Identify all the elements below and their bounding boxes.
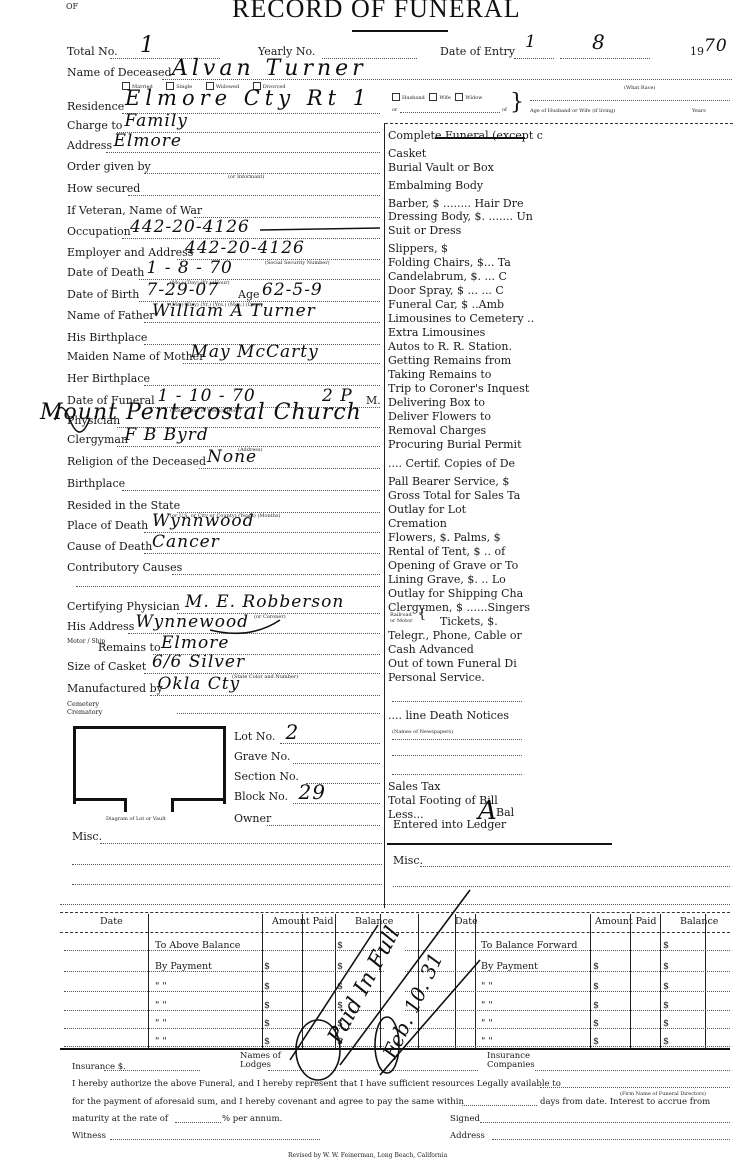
wife-checkbox[interactable]: Wife — [429, 95, 450, 101]
charge-item: Telegr., Phone, Cable or — [388, 629, 522, 642]
charge-item: Flowers, $. Palms, $ — [388, 531, 501, 544]
balance-cell[interactable]: $ — [663, 940, 669, 951]
field-value[interactable]: F B Byrd — [125, 425, 209, 445]
field-value[interactable]: 1 - 8 - 70 — [147, 258, 233, 278]
amount-paid-cell[interactable]: $ — [593, 1018, 599, 1029]
field-label: Birthplace — [67, 477, 125, 490]
charge-item: Casket — [388, 147, 426, 160]
balance-cell[interactable]: $ — [337, 940, 343, 951]
field-label: Clergyman — [67, 433, 128, 446]
charge-item: Extra Limousines — [388, 326, 485, 339]
lot-field-value[interactable]: 29 — [299, 780, 326, 804]
field-value[interactable]: Family — [125, 111, 188, 131]
separator-line — [385, 123, 733, 124]
spouse-options: Husband Wife Widow — [392, 93, 483, 101]
authorization-line-2a: for the payment of aforesaid sum, and I … — [72, 1097, 464, 1107]
residence-label: Residence — [67, 100, 124, 113]
charge-item: Outlay for Shipping Cha — [388, 587, 523, 600]
age-label: Age — [238, 288, 260, 301]
field-label: Place of Death — [67, 519, 148, 532]
field-value[interactable]: May McCarty — [191, 342, 319, 362]
date-of-entry-year-value[interactable]: 70 — [704, 36, 728, 56]
funeral-underline — [435, 137, 525, 139]
lot-diagram — [73, 726, 226, 804]
payment-table-header: Balance — [680, 916, 718, 927]
charge-item: Embalming Body — [388, 179, 483, 192]
name-of-deceased-value[interactable]: Alvan Turner — [172, 56, 367, 81]
charge-item: Door Spray, $ ... ... C — [388, 284, 504, 297]
field-label: Date of Birth — [67, 288, 139, 301]
field-label: Contributory Causes — [67, 561, 182, 574]
amount-paid-cell[interactable]: $ — [593, 981, 599, 992]
charge-item: Lining Grave, $. .. Lo — [388, 573, 506, 586]
charge-item: Slippers, $ — [388, 242, 448, 255]
charge-item: Limousines to Cemetery .. — [388, 312, 534, 325]
date-of-entry-month[interactable]: 1 — [525, 32, 537, 52]
railroad-label: Railroad or Motor — [390, 612, 413, 624]
of-label: of — [502, 107, 507, 113]
field-sublabel: (or Coroner) — [254, 614, 286, 620]
lot-field-value[interactable]: 2 — [286, 720, 300, 744]
charge-item: Folding Chairs, $... Ta — [388, 256, 511, 269]
witness-label: Witness — [72, 1131, 106, 1141]
field-label: Size of Casket — [67, 660, 146, 673]
charge-item: Taking Remains to — [388, 368, 491, 381]
field-value[interactable]: William A Turner — [152, 301, 316, 321]
insurance-companies-label: Insurance Companies — [487, 1052, 535, 1070]
field-sublabel: (State Color and Number) — [232, 674, 298, 680]
brace-icon: } — [510, 90, 524, 115]
charge-item: Removal Charges — [388, 424, 486, 437]
ledger-mark: A — [478, 796, 498, 826]
payment-table-header: Balance — [355, 916, 393, 927]
or-label: or — [392, 107, 397, 113]
field-label: How secured — [67, 182, 140, 195]
field-value[interactable]: Mount Pentecostal Church — [40, 400, 362, 425]
balance-cell[interactable]: $ — [663, 981, 669, 992]
date-of-entry-day[interactable]: 8 — [592, 30, 606, 54]
charge-item: Personal Service. — [388, 671, 485, 684]
what-race-label: (What Race) — [624, 85, 655, 91]
field-value[interactable]: Wynnewood — [136, 612, 250, 632]
balance-cell[interactable]: $ — [663, 1000, 669, 1011]
charge-item: Autos to R. R. Station. — [388, 340, 512, 353]
charge-item: Suit or Dress — [388, 224, 461, 237]
payment-table-header: Date — [100, 916, 123, 927]
age-spouse-label: Age of Husband or Wife (if living) — [530, 108, 615, 114]
charge-item: Getting Remains from — [388, 354, 511, 367]
name-of-deceased-label: Name of Deceased — [67, 66, 172, 79]
field-value[interactable]: Elmore — [161, 633, 229, 653]
charge-item: Burial Vault or Box — [388, 161, 494, 174]
amount-paid-cell[interactable]: $ — [593, 961, 599, 972]
total-no-value[interactable]: 1 — [140, 33, 155, 58]
address-label: Address — [450, 1131, 485, 1141]
charge-item: Gross Total for Sales Ta — [388, 489, 520, 502]
corner-mark: OF — [66, 2, 78, 11]
percent-label: % per annum. — [222, 1114, 282, 1124]
charge-item: Deliver Flowers to — [388, 410, 491, 423]
widow-checkbox[interactable]: Widow — [455, 95, 482, 101]
field-value[interactable]: 7-29-07 — [147, 280, 220, 300]
amount-paid-cell[interactable]: $ — [593, 1036, 599, 1047]
charge-item: Pall Bearer Service, $ — [388, 475, 509, 488]
charge-item: Cremation — [388, 517, 447, 530]
charge-item: Opening of Grave or To — [388, 559, 518, 572]
field-label: Address — [67, 139, 112, 152]
date-of-entry-year-prefix: 19 — [690, 45, 704, 58]
charges-panel-border — [384, 123, 385, 908]
charge-item: Delivering Box to — [388, 396, 485, 409]
field-label: Name of Father — [67, 309, 155, 322]
lot-field-label: Owner — [234, 812, 271, 825]
lot-field-label: Lot No. — [234, 730, 275, 743]
charge-item: Dressing Body, $. ....... Un — [388, 210, 533, 223]
title-underline — [352, 30, 448, 32]
charge-item: Trip to Coroner's Inquest — [388, 382, 529, 395]
field-value[interactable]: None — [207, 447, 257, 467]
field-label: Cause of Death — [67, 540, 152, 553]
age-value[interactable]: 62-5-9 — [262, 280, 323, 300]
amount-paid-cell[interactable]: $ — [264, 961, 270, 972]
authorization-line-2b: days from date. Interest to accrue from — [540, 1097, 710, 1107]
lot-field-label: Grave No. — [234, 750, 290, 763]
balance-cell[interactable]: $ — [337, 1036, 343, 1047]
amount-paid-cell[interactable]: $ — [264, 981, 270, 992]
field-value[interactable]: Wynnwood — [152, 511, 255, 531]
charge-item: Out of town Funeral Di — [388, 657, 517, 670]
charge-item: Barber, $ ........ Hair Dre — [388, 197, 523, 210]
charge-item: .... line Death Notices — [388, 709, 509, 722]
field-value[interactable]: Elmore — [114, 131, 182, 151]
field-value[interactable]: Okla Cty — [158, 674, 241, 694]
field-label: Date of Death — [67, 266, 144, 279]
signed-label: Signed — [450, 1114, 480, 1124]
ledger-line — [387, 843, 612, 845]
balance-cell[interactable]: $ — [337, 981, 343, 992]
balance-cell[interactable]: $ — [663, 1036, 669, 1047]
field-value[interactable]: 442-20-4126 — [130, 217, 250, 237]
field-label: Order given by — [67, 160, 151, 173]
charge-item: Candelabrum, $. ... C — [388, 270, 507, 283]
field-label: Manufactured by — [67, 682, 163, 695]
newspapers-label: (Names of Newspapers) — [392, 729, 453, 735]
brace-icon: { — [418, 607, 426, 622]
lot-field-label: Block No. — [234, 790, 288, 803]
balance-cell[interactable]: $ — [663, 1018, 669, 1029]
charge-item: .... Certif. Copies of De — [388, 457, 515, 470]
strike-line — [290, 925, 378, 1060]
amount-paid-cell[interactable]: $ — [264, 1036, 270, 1047]
lodges-label: Names of Lodges — [240, 1052, 281, 1070]
field-value[interactable]: 442-20-4126 — [185, 238, 305, 258]
field-value[interactable]: Cancer — [152, 532, 220, 552]
field-label: Religion of the Deceased — [67, 455, 206, 468]
payment-table-header: Amount Paid — [595, 916, 656, 927]
field-label: Occupation — [67, 225, 131, 238]
field-label: His Address — [67, 620, 134, 633]
misc-left-label: Misc. — [72, 830, 102, 843]
charge-item: Complete Funeral (except c — [388, 129, 543, 142]
husband-checkbox[interactable]: Husband — [392, 95, 425, 101]
total-no-label: Total No. — [67, 45, 118, 58]
field-value[interactable]: 6/6 Silver — [152, 652, 245, 672]
charge-item: Cash Advanced — [388, 643, 474, 656]
charge-item: Funeral Car, $ ..Amb — [388, 298, 504, 311]
revised-by-footer: Revised by W. W. Feinerman, Long Beach, … — [288, 1152, 447, 1159]
amount-paid-cell[interactable]: $ — [264, 1018, 270, 1029]
misc-right-label: Misc. — [393, 854, 423, 867]
charge-item: Outlay for Lot — [388, 503, 466, 516]
years-label: Years — [692, 108, 706, 114]
charge-item: Tickets, $. — [440, 615, 498, 628]
date-of-entry-label: Date of Entry — [440, 45, 515, 58]
field-label: His Birthplace — [67, 331, 147, 344]
field-label: Maiden Name of Mother — [67, 350, 204, 363]
lot-field-label: Section No. — [234, 770, 299, 783]
balance-cell[interactable]: $ — [337, 961, 343, 972]
field-value[interactable]: M. E. Robberson — [185, 592, 344, 612]
balance-cell[interactable]: $ — [337, 1018, 343, 1029]
amount-paid-cell[interactable]: $ — [264, 1000, 270, 1011]
balance-cell[interactable]: $ — [663, 961, 669, 972]
diagram-caption: Diagram of Lot or Vault — [106, 816, 166, 822]
signature-loop — [375, 1017, 399, 1073]
charge-item: Rental of Tent, $ .. of — [388, 545, 505, 558]
field-label: Her Birthplace — [67, 372, 150, 385]
field-label: Cemetery Crematory — [67, 700, 102, 716]
field-label: If Veteran, Name of War — [67, 204, 202, 217]
field-sublabel: (Social Security Number) — [265, 260, 330, 266]
strike-line — [380, 960, 480, 1075]
page-title: RECORD OF FUNERAL — [232, 0, 521, 24]
pm-label: M. — [366, 394, 381, 407]
authorization-line-1: I hereby authorize the above Funeral, an… — [72, 1079, 561, 1089]
authorization-line-3: maturity at the rate of — [72, 1114, 168, 1124]
field-sublabel: (or Informant) — [228, 174, 264, 180]
charge-item: Sales Tax — [388, 780, 441, 793]
amount-paid-cell[interactable]: $ — [593, 1000, 599, 1011]
residence-value[interactable]: Elmore Cty Rt 1 — [125, 86, 371, 110]
balance-cell[interactable]: $ — [337, 1000, 343, 1011]
charge-item: Procuring Burial Permit — [388, 438, 522, 451]
